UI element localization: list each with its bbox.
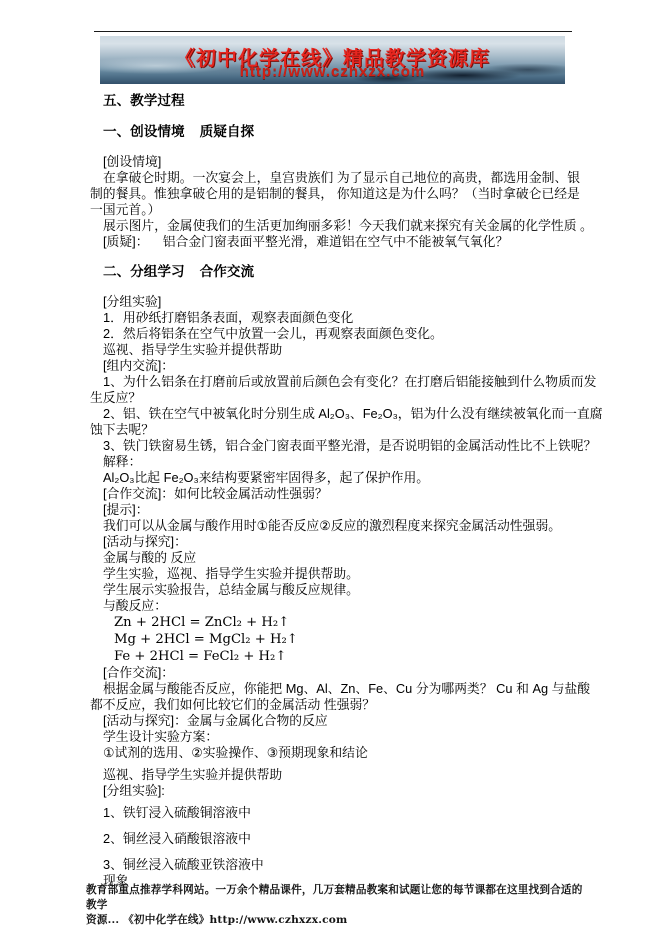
document-page: 《初中化学在线》精品教学资源库 http://www.czhxzx.com 五、… <box>0 0 662 936</box>
doc-line: 1．用砂纸打磨铝条表面，观察表面颜色变化 <box>90 310 572 326</box>
doc-line: 学生展示实验报告，总结金属与酸反应规律。 <box>90 582 572 598</box>
doc-line: 金属与酸的 反应 <box>90 550 572 566</box>
doc-line: [创设情境] <box>90 154 572 170</box>
doc-line: [质疑]： 铝合金门窗表面平整光滑，难道铝在空气中不能被氧气氧化？ <box>90 234 572 250</box>
page-footer: 教育部重点推荐学科网站。一万余个精品课件，几万套精品教案和试题让您的每节课都在这… <box>86 883 586 928</box>
doc-line: 制的餐具。惟独拿破仑用的是铝制的餐具， 你知道这是为什么吗？（当时拿破仑已经是 <box>90 186 572 202</box>
doc-line: 3、铜丝浸入硫酸亚铁溶液中 <box>90 857 572 873</box>
site-banner-image: 《初中化学在线》精品教学资源库 http://www.czhxzx.com <box>100 36 565 84</box>
doc-line: 巡视、指导学生实验并提供帮助 <box>90 342 572 358</box>
doc-line: Al₂O₃比起 Fe₂O₃来结构要紧密牢固得多，起了保护作用。 <box>90 470 572 486</box>
spacer <box>90 281 572 294</box>
doc-line: 巡视、指导学生实验并提供帮助 <box>90 767 572 783</box>
doc-line: Zn + 2HCl = ZnCl₂ + H₂↑ <box>90 614 572 631</box>
doc-line: 我们可以从金属与酸作用时①能否反应②反应的激烈程度来探究金属活动性强弱。 <box>90 518 572 534</box>
doc-line: 展示图片，金属使我们的生活更加绚丽多彩！今天我们就来探究有关金属的化学性质 。 <box>90 218 572 234</box>
doc-line: 1、铁钉浸入硫酸铜溶液中 <box>90 805 572 821</box>
doc-line: [提示]： <box>90 502 572 518</box>
doc-line: 根据金属与酸能否反应，你能把 Mg、Al、Zn、Fe、Cu 分为哪两类？ Cu … <box>90 681 572 697</box>
doc-line: 2、铝、铁在空气中被氧化时分别生成 Al₂O₃、Fe₂O₃，铝为什么没有继续被氧… <box>90 406 572 422</box>
footer-promo-line1: 教育部重点推荐学科网站。一万余个精品课件，几万套精品教案和试题让您的每节课都在这… <box>86 883 586 913</box>
doc-line: 都不反应，我们如何比较它们的金属活动 性强弱？ <box>90 697 572 713</box>
lesson-plan-body: 五、教学过程一、创设情境 质疑自探[创设情境]在拿破仑时期。一次宴会上，皇宫贵族… <box>90 92 572 889</box>
doc-line: Mg + 2HCl = MgCl₂ + H₂↑ <box>90 631 572 648</box>
section-heading: 五、教学过程 <box>90 92 572 110</box>
doc-line: 1、为什么铝条在打磨前后或放置前后颜色会有变化？在打磨后铝能接触到什么物质而发 <box>90 374 572 390</box>
doc-line: ①试剂的选用、②实验操作、③预期现象和结论 <box>90 745 572 761</box>
spacer <box>90 141 572 154</box>
doc-line: 学生设计实验方案： <box>90 729 572 745</box>
spacer <box>90 821 572 831</box>
spacer <box>90 110 572 123</box>
doc-line: 2．然后将铝条在空气中放置一会儿，再观察表面颜色变化。 <box>90 326 572 342</box>
doc-line: [合作交流]： <box>90 665 572 681</box>
footer-promo-line2: 资源... 《初中化学在线》http://www.czhxzx.com <box>86 913 586 928</box>
doc-line: Fe + 2HCl = FeCl₂ + H₂↑ <box>90 648 572 665</box>
doc-line: 生反应？ <box>90 390 572 406</box>
spacer <box>90 250 572 263</box>
doc-line: 学生实验，巡视、指导学生实验并提供帮助。 <box>90 566 572 582</box>
doc-line: [组内交流]： <box>90 358 572 374</box>
section-heading: 一、创设情境 质疑自探 <box>90 123 572 141</box>
doc-line: [分组实验]: <box>90 783 572 799</box>
doc-line: 在拿破仑时期。一次宴会上，皇宫贵族们 为了显示自己地位的高贵，都选用金制、银 <box>90 170 572 186</box>
doc-line: [合作交流]：如何比较金属活动性强弱？ <box>90 486 572 502</box>
doc-line: 3、铁门铁窗易生锈，铝合金门窗表面平整光滑，是否说明铝的金属活动性比不上铁呢？ <box>90 438 572 454</box>
doc-line: [活动与探究]：金属与金属化合物的反应 <box>90 713 572 729</box>
banner-site-url: http://www.czhxzx.com <box>100 63 565 80</box>
doc-line: 解释： <box>90 454 572 470</box>
doc-line: 一国元首。） <box>90 202 572 218</box>
doc-line: 2、铜丝浸入硝酸银溶液中 <box>90 831 572 847</box>
spacer <box>90 847 572 857</box>
doc-line: [活动与探究]： <box>90 534 572 550</box>
doc-line: 与酸反应： <box>90 598 572 614</box>
section-heading: 二、分组学习 合作交流 <box>90 263 572 281</box>
header-divider <box>94 31 572 32</box>
doc-line: 蚀下去呢？ <box>90 422 572 438</box>
doc-line: [分组实验] <box>90 294 572 310</box>
